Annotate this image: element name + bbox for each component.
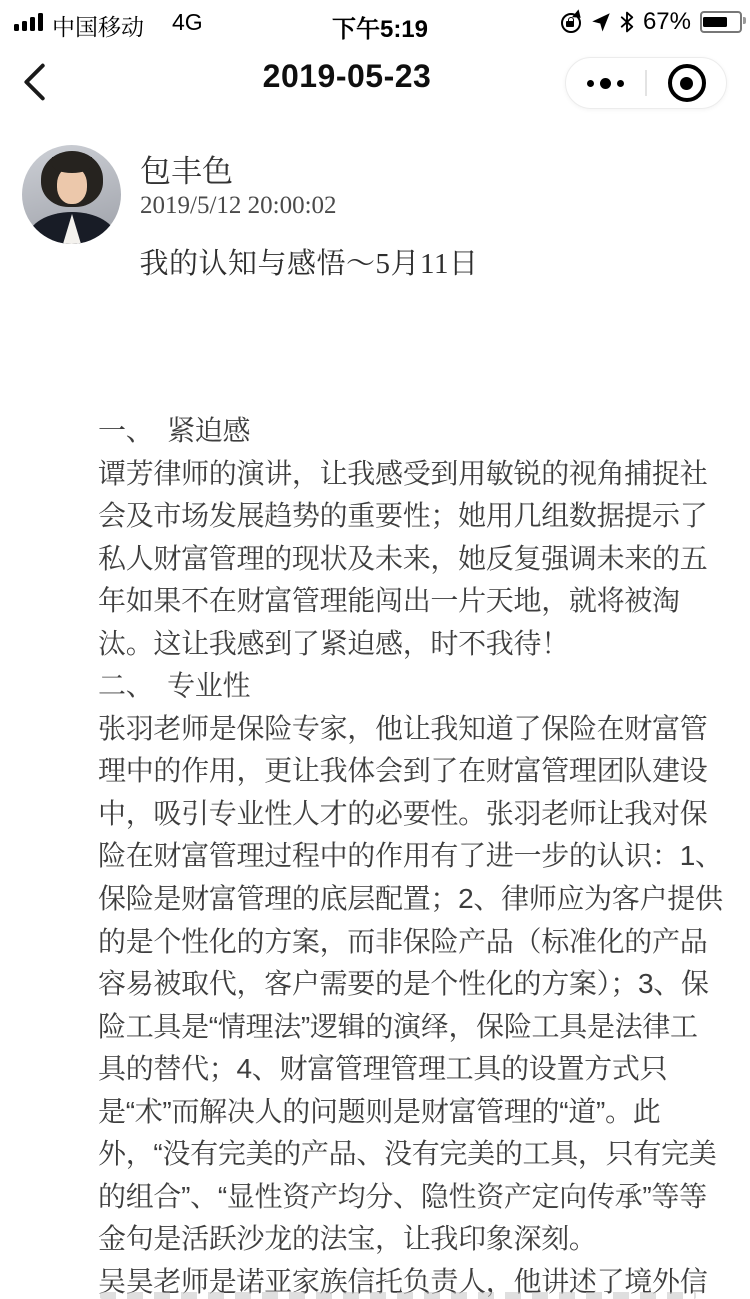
body-text-line: 中，吸引专业性人才的必要性。张羽老师让我对保 <box>98 793 718 836</box>
post-title: 我的认知与感悟～5月11日 <box>0 241 684 282</box>
body-text-line: 的是个性化的方案，而非保险产品（标准化的产品 <box>98 921 718 964</box>
body-text-line: 私人财富管理的现状及未来，她反复强调未来的五 <box>98 538 718 581</box>
circle-dot-close-icon <box>668 64 706 102</box>
body-text-line: 二、 专业性 <box>98 665 718 708</box>
body-text-line: 理中的作用，更让我体会到了在财富管理团队建设 <box>98 750 718 793</box>
post-timestamp: 2019/5/12 20:00:02 <box>140 192 337 220</box>
author-name: 包丰色 <box>140 146 233 191</box>
body-text-line: 汰。这让我感到了紧迫感，时不我待！ <box>98 623 718 666</box>
location-arrow-icon <box>591 12 611 32</box>
body-text-line: 张羽老师是保险专家，他让我知道了保险在财富管 <box>98 708 718 751</box>
body-text-line: 一、 紧迫感 <box>98 410 718 453</box>
body-text-line: 的组合”、“显性资产均分、隐性资产定向传承”等等 <box>98 1176 718 1219</box>
more-button[interactable] <box>566 58 645 108</box>
status-bar-right-cluster: 67% <box>560 0 742 44</box>
body-text-line: 金句是活跃沙龙的法宝，让我印象深刻。 <box>98 1218 718 1261</box>
rotation-lock-icon <box>560 11 582 33</box>
body-text-line: 险在财富管理过程中的作用有了进一步的认识：1、 <box>98 835 718 878</box>
body-text-line: 保险是财富管理的底层配置；2、律师应为客户提供 <box>98 878 718 921</box>
body-text-line: 容易被取代，客户需要的是个性化的方案）；3、保 <box>98 963 718 1006</box>
body-text-line: 外，“没有完美的产品、没有完美的工具，只有完美 <box>98 1133 718 1176</box>
body-text-line: 具的替代；4、财富管理管理工具的设置方式只 <box>98 1048 718 1091</box>
body-text-line: 谭芳律师的演讲，让我感受到用敏锐的视角捕捉社 <box>98 453 718 496</box>
ellipsis-more-icon <box>587 80 594 87</box>
capsule-close-button[interactable] <box>647 58 726 108</box>
status-bar: 中国移动 4G 下午5:19 67% <box>0 0 750 44</box>
body-text-line: 会及市场发展趋势的重要性；她用几组数据提示了 <box>98 495 718 538</box>
miniprogram-capsule <box>565 57 727 109</box>
avatar[interactable] <box>22 145 121 244</box>
clipped-text-line <box>100 1292 696 1299</box>
battery-icon <box>700 11 742 33</box>
body-text-line: 年如果不在财富管理能闯出一片天地，就将被淘 <box>98 580 718 623</box>
body-text-line: 险工具是“情理法”逻辑的演绎，保险工具是法律工 <box>98 1006 718 1049</box>
body-text-line: 是“术”而解决人的问题则是财富管理的“道”。此 <box>98 1091 718 1134</box>
nav-bar: 2019-05-23 <box>0 44 750 120</box>
battery-percent-label: 67% <box>643 8 691 36</box>
bluetooth-icon <box>620 11 634 33</box>
post-body: 一、 紧迫感谭芳律师的演讲，让我感受到用敏锐的视角捕捉社会及市场发展趋势的重要性… <box>98 410 718 1299</box>
